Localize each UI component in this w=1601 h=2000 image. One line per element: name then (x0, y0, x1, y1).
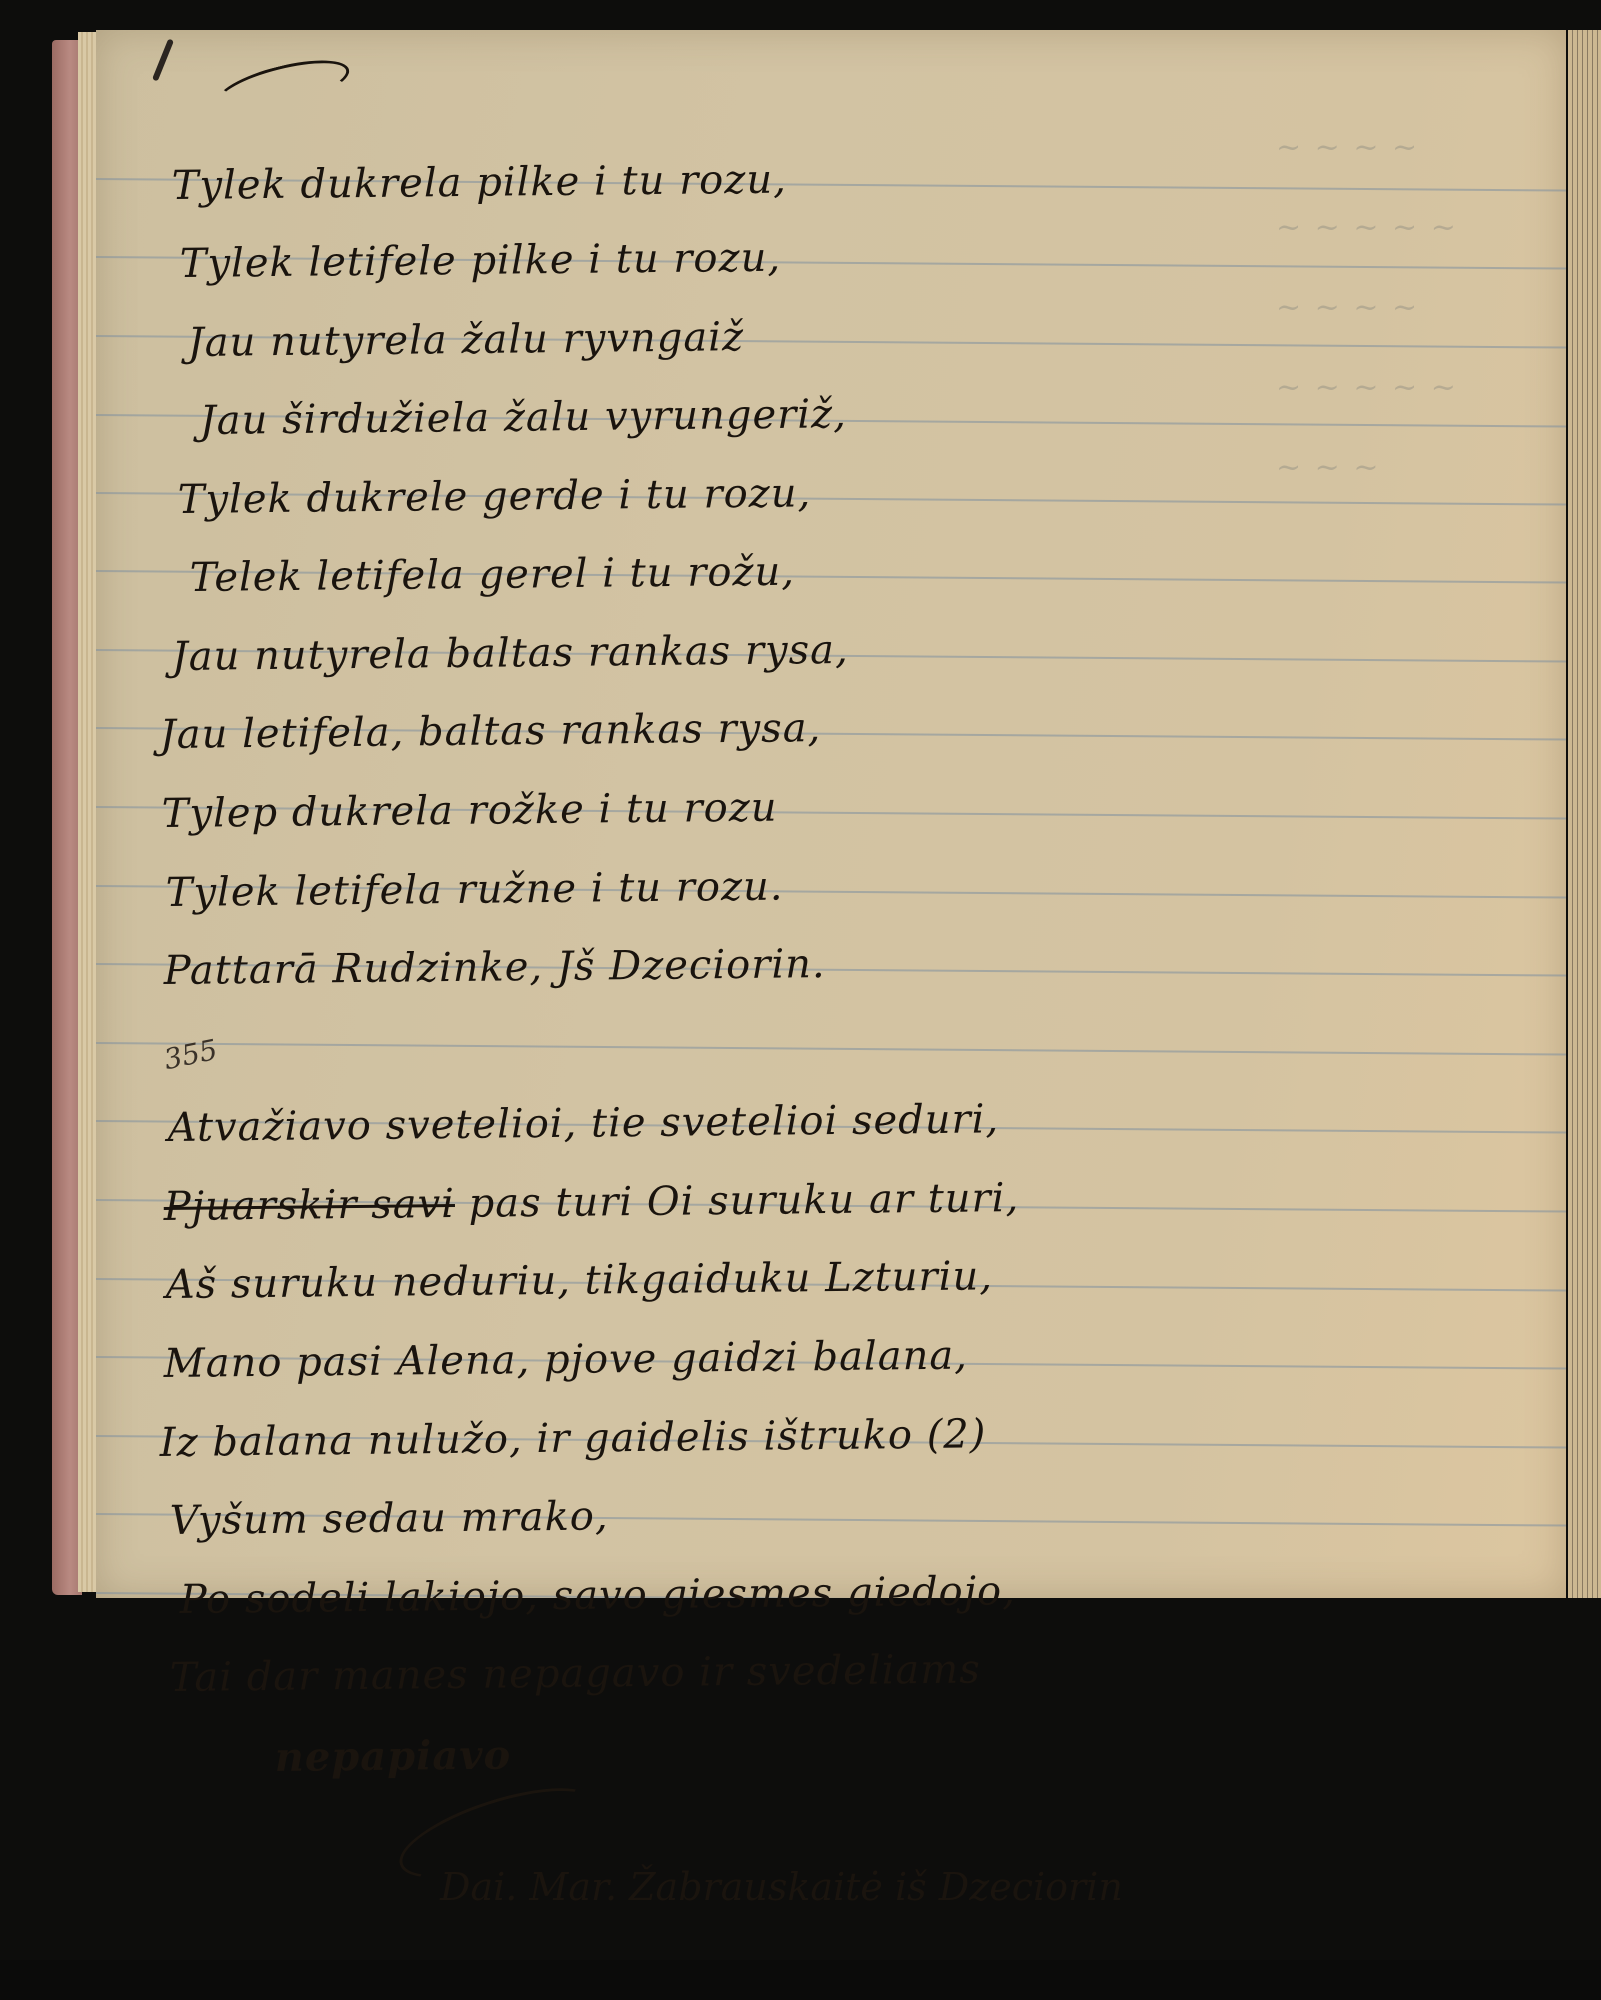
bleed-through-text: ~ ~ ~ ~ (1276, 130, 1566, 165)
song2-line: nepapiavo (275, 1732, 512, 1781)
scan-background (0, 1960, 1601, 2000)
song1-line: Pattarā Rudzinke, Jš Dzeciorin. (164, 941, 826, 994)
ruled-line (96, 1042, 1566, 1056)
song2-line: Aš suruku neduriu, tikgaiduku Lzturiu, (166, 1253, 994, 1308)
song2-line: Mano pasi Alena, pjove gaidzi balana, (164, 1333, 969, 1387)
song2-line: Tai dar manes nepagavo ir svedeliams (170, 1647, 981, 1701)
song1-line: Jau širdužiela žalu vyrungeriž, (200, 391, 848, 444)
song2-line: Iz balana nulužo, ir gaidelis ištruko (2… (160, 1411, 987, 1466)
song2-line: Vyšum sedau mrako, (170, 1493, 609, 1544)
song1-line: Telek letifela gerel i tu rožu, (190, 549, 796, 601)
right-page-edges (1568, 30, 1601, 1598)
bleed-through-text: ~ ~ ~ (1276, 450, 1566, 485)
song2-line-with-strikethrough: Pjuarskir savi pas turi Oi suruku ar tur… (164, 1175, 1020, 1230)
song2-line: Atvažiavo svetelioi, tie svetelioi sedur… (168, 1096, 1000, 1151)
collector-signature: Dai. Mar. Žabrauskaitė iš Dzeciorin (440, 1865, 1123, 1909)
song1-line: Jau letifela, baltas rankas rysa, (160, 705, 822, 758)
song1-line: Jau nutyrela žalu ryvngaiž (188, 314, 745, 366)
bleed-through-text: ~ ~ ~ ~ ~ (1276, 210, 1566, 245)
song1-line: Tylek letifele pilke i tu rozu, (180, 235, 782, 287)
bleed-through-text: ~ ~ ~ ~ (1276, 290, 1566, 325)
song1-line: Tylek dukrele gerde i tu rozu, (178, 470, 812, 523)
song1-line: Jau nutyrela baltas rankas rysa, (172, 627, 849, 680)
song2-line-text: pas turi Oi suruku ar turi, (455, 1175, 1020, 1227)
song1-line: Tylek dukrela pilke i tu rozu, (172, 157, 788, 209)
song1-line: Tylek letifela ružne i tu rozu. (166, 864, 784, 916)
song2-line: Po sodeli lakiojo, savo giesmes giedojo, (180, 1568, 1017, 1623)
song1-line: Tylep dukrela rožke i tu rozu (162, 785, 778, 837)
struck-text: Pjuarskir savi (164, 1181, 456, 1230)
bleed-through-text: ~ ~ ~ ~ ~ (1276, 370, 1566, 405)
